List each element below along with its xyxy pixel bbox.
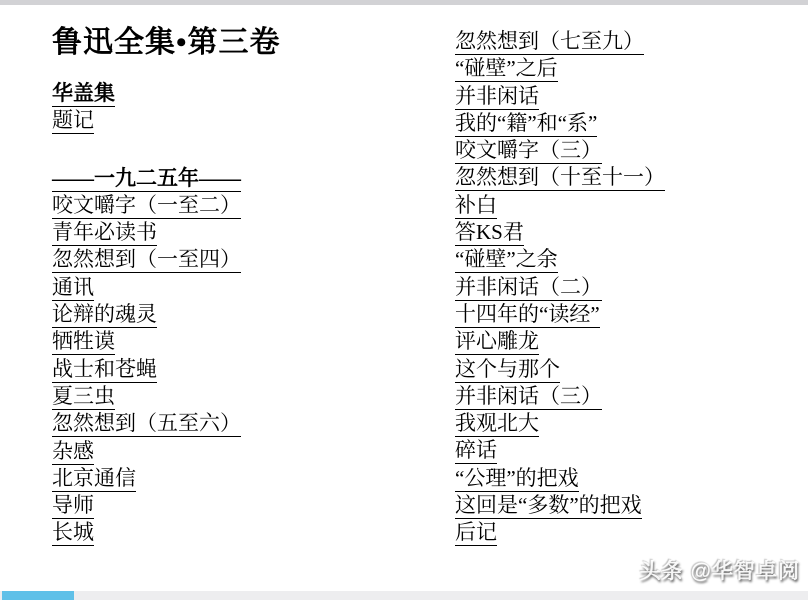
toc-link[interactable]: 忽然想到（七至九） — [455, 30, 644, 55]
toc-row: 我观北大 — [455, 412, 785, 439]
toc-link[interactable]: 长城 — [52, 521, 94, 546]
toc-row: 北京通信 — [52, 467, 412, 494]
toc-link[interactable]: 评心雕龙 — [455, 330, 539, 355]
toc-link[interactable]: 杂感 — [52, 440, 94, 465]
toc-right-column: 忽然想到（七至九） “碰壁”之后 并非闲话 我的“籍”和“系” 咬文嚼字（三） … — [455, 30, 785, 549]
toc-row: 十四年的“读经” — [455, 303, 785, 330]
toc-link[interactable]: 咬文嚼字（一至二） — [52, 194, 241, 219]
toc-link[interactable]: 牺牲谟 — [52, 330, 115, 355]
toc-row: 并非闲话 — [455, 85, 785, 112]
toc-row: 杂感 — [52, 440, 412, 467]
page-title: 鲁迅全集•第三卷 — [52, 24, 412, 62]
toc-row: “碰壁”之余 — [455, 248, 785, 275]
toc-link[interactable]: “碰壁”之余 — [455, 248, 558, 273]
toc-row: 忽然想到（十至十一） — [455, 166, 785, 193]
toc-link[interactable]: “公理”的把戏 — [455, 467, 579, 492]
toc-row: “碰壁”之后 — [455, 57, 785, 84]
horizontal-scrollbar[interactable] — [0, 591, 808, 600]
toc-row: 并非闲话（二） — [455, 276, 785, 303]
toc-link[interactable]: 并非闲话（二） — [455, 276, 602, 301]
toc-link[interactable]: 论辩的魂灵 — [52, 303, 157, 328]
toc-row: 这个与那个 — [455, 358, 785, 385]
toc-row: 青年必读书 — [52, 221, 412, 248]
toc-link[interactable]: 我观北大 — [455, 412, 539, 437]
toc-link[interactable]: 我的“籍”和“系” — [455, 112, 597, 137]
toc-list-left: 咬文嚼字（一至二） 青年必读书 忽然想到（一至四） 通讯 论辩的魂灵 牺牲谟 — [52, 194, 412, 549]
toc-list-right: 忽然想到（七至九） “碰壁”之后 并非闲话 我的“籍”和“系” 咬文嚼字（三） … — [455, 30, 785, 549]
toc-link[interactable]: 夏三虫 — [52, 385, 115, 410]
toc-row: “公理”的把戏 — [455, 467, 785, 494]
toc-row: 我的“籍”和“系” — [455, 112, 785, 139]
year-header-row: ——一九二五年—— — [52, 167, 412, 194]
year-header[interactable]: ——一九二五年—— — [52, 167, 241, 192]
toc-link[interactable]: 忽然想到（五至六） — [52, 412, 241, 437]
toc-link[interactable]: 这回是“多数”的把戏 — [455, 494, 642, 519]
toc-row: 咬文嚼字（一至二） — [52, 194, 412, 221]
toc-row: 论辩的魂灵 — [52, 303, 412, 330]
toc-left-column: 鲁迅全集•第三卷 华盖集 题记 ——一九二五年—— 咬文嚼字（一至二） 青年必读… — [52, 24, 412, 549]
top-border — [0, 0, 808, 5]
toc-row: 通讯 — [52, 276, 412, 303]
toc-link[interactable]: 战士和苍蝇 — [52, 358, 157, 383]
toc-row: 碎话 — [455, 439, 785, 466]
toc-link[interactable]: 补白 — [455, 194, 497, 219]
toc-link[interactable]: “碰壁”之后 — [455, 57, 558, 82]
toc-row: 评心雕龙 — [455, 330, 785, 357]
toc-link[interactable]: 碎话 — [455, 439, 497, 464]
toc-link[interactable]: 导师 — [52, 494, 94, 519]
collection-title-row: 华盖集 — [52, 82, 412, 109]
toc-link-preface[interactable]: 题记 — [52, 109, 94, 134]
toc-row: 忽然想到（五至六） — [52, 412, 412, 439]
toc-row: 答KS君 — [455, 221, 785, 248]
toc-row: 这回是“多数”的把戏 — [455, 494, 785, 521]
toc-row: 忽然想到（七至九） — [455, 30, 785, 57]
toc-link[interactable]: 十四年的“读经” — [455, 303, 600, 328]
toc-link[interactable]: 通讯 — [52, 276, 94, 301]
horizontal-scrollbar-thumb[interactable] — [2, 591, 74, 600]
toc-link[interactable]: 忽然想到（十至十一） — [455, 166, 665, 191]
toc-link[interactable]: 青年必读书 — [52, 221, 157, 246]
toc-link[interactable]: 咬文嚼字（三） — [455, 139, 602, 164]
toc-link[interactable]: 北京通信 — [52, 467, 136, 492]
toc-row: 导师 — [52, 494, 412, 521]
toc-link[interactable]: 答KS君 — [455, 221, 524, 246]
toc-row: 并非闲话（三） — [455, 385, 785, 412]
toc-row: 咬文嚼字（三） — [455, 139, 785, 166]
toc-link[interactable]: 并非闲话 — [455, 85, 539, 110]
toc-row: 忽然想到（一至四） — [52, 248, 412, 275]
toc-link-collection[interactable]: 华盖集 — [52, 82, 115, 107]
toc-link[interactable]: 后记 — [455, 521, 497, 546]
toc-row: 长城 — [52, 521, 412, 548]
toc-row: 战士和苍蝇 — [52, 358, 412, 385]
toc-row: 牺牲谟 — [52, 330, 412, 357]
toc-link[interactable]: 忽然想到（一至四） — [52, 248, 241, 273]
toc-row: 补白 — [455, 194, 785, 221]
toc-row: 夏三虫 — [52, 385, 412, 412]
preface-row: 题记 — [52, 109, 412, 136]
toc-link[interactable]: 并非闲话（三） — [455, 385, 602, 410]
toc-row: 后记 — [455, 521, 785, 548]
toc-link[interactable]: 这个与那个 — [455, 358, 560, 383]
watermark: 头条 @华智卓阅 — [640, 555, 800, 585]
